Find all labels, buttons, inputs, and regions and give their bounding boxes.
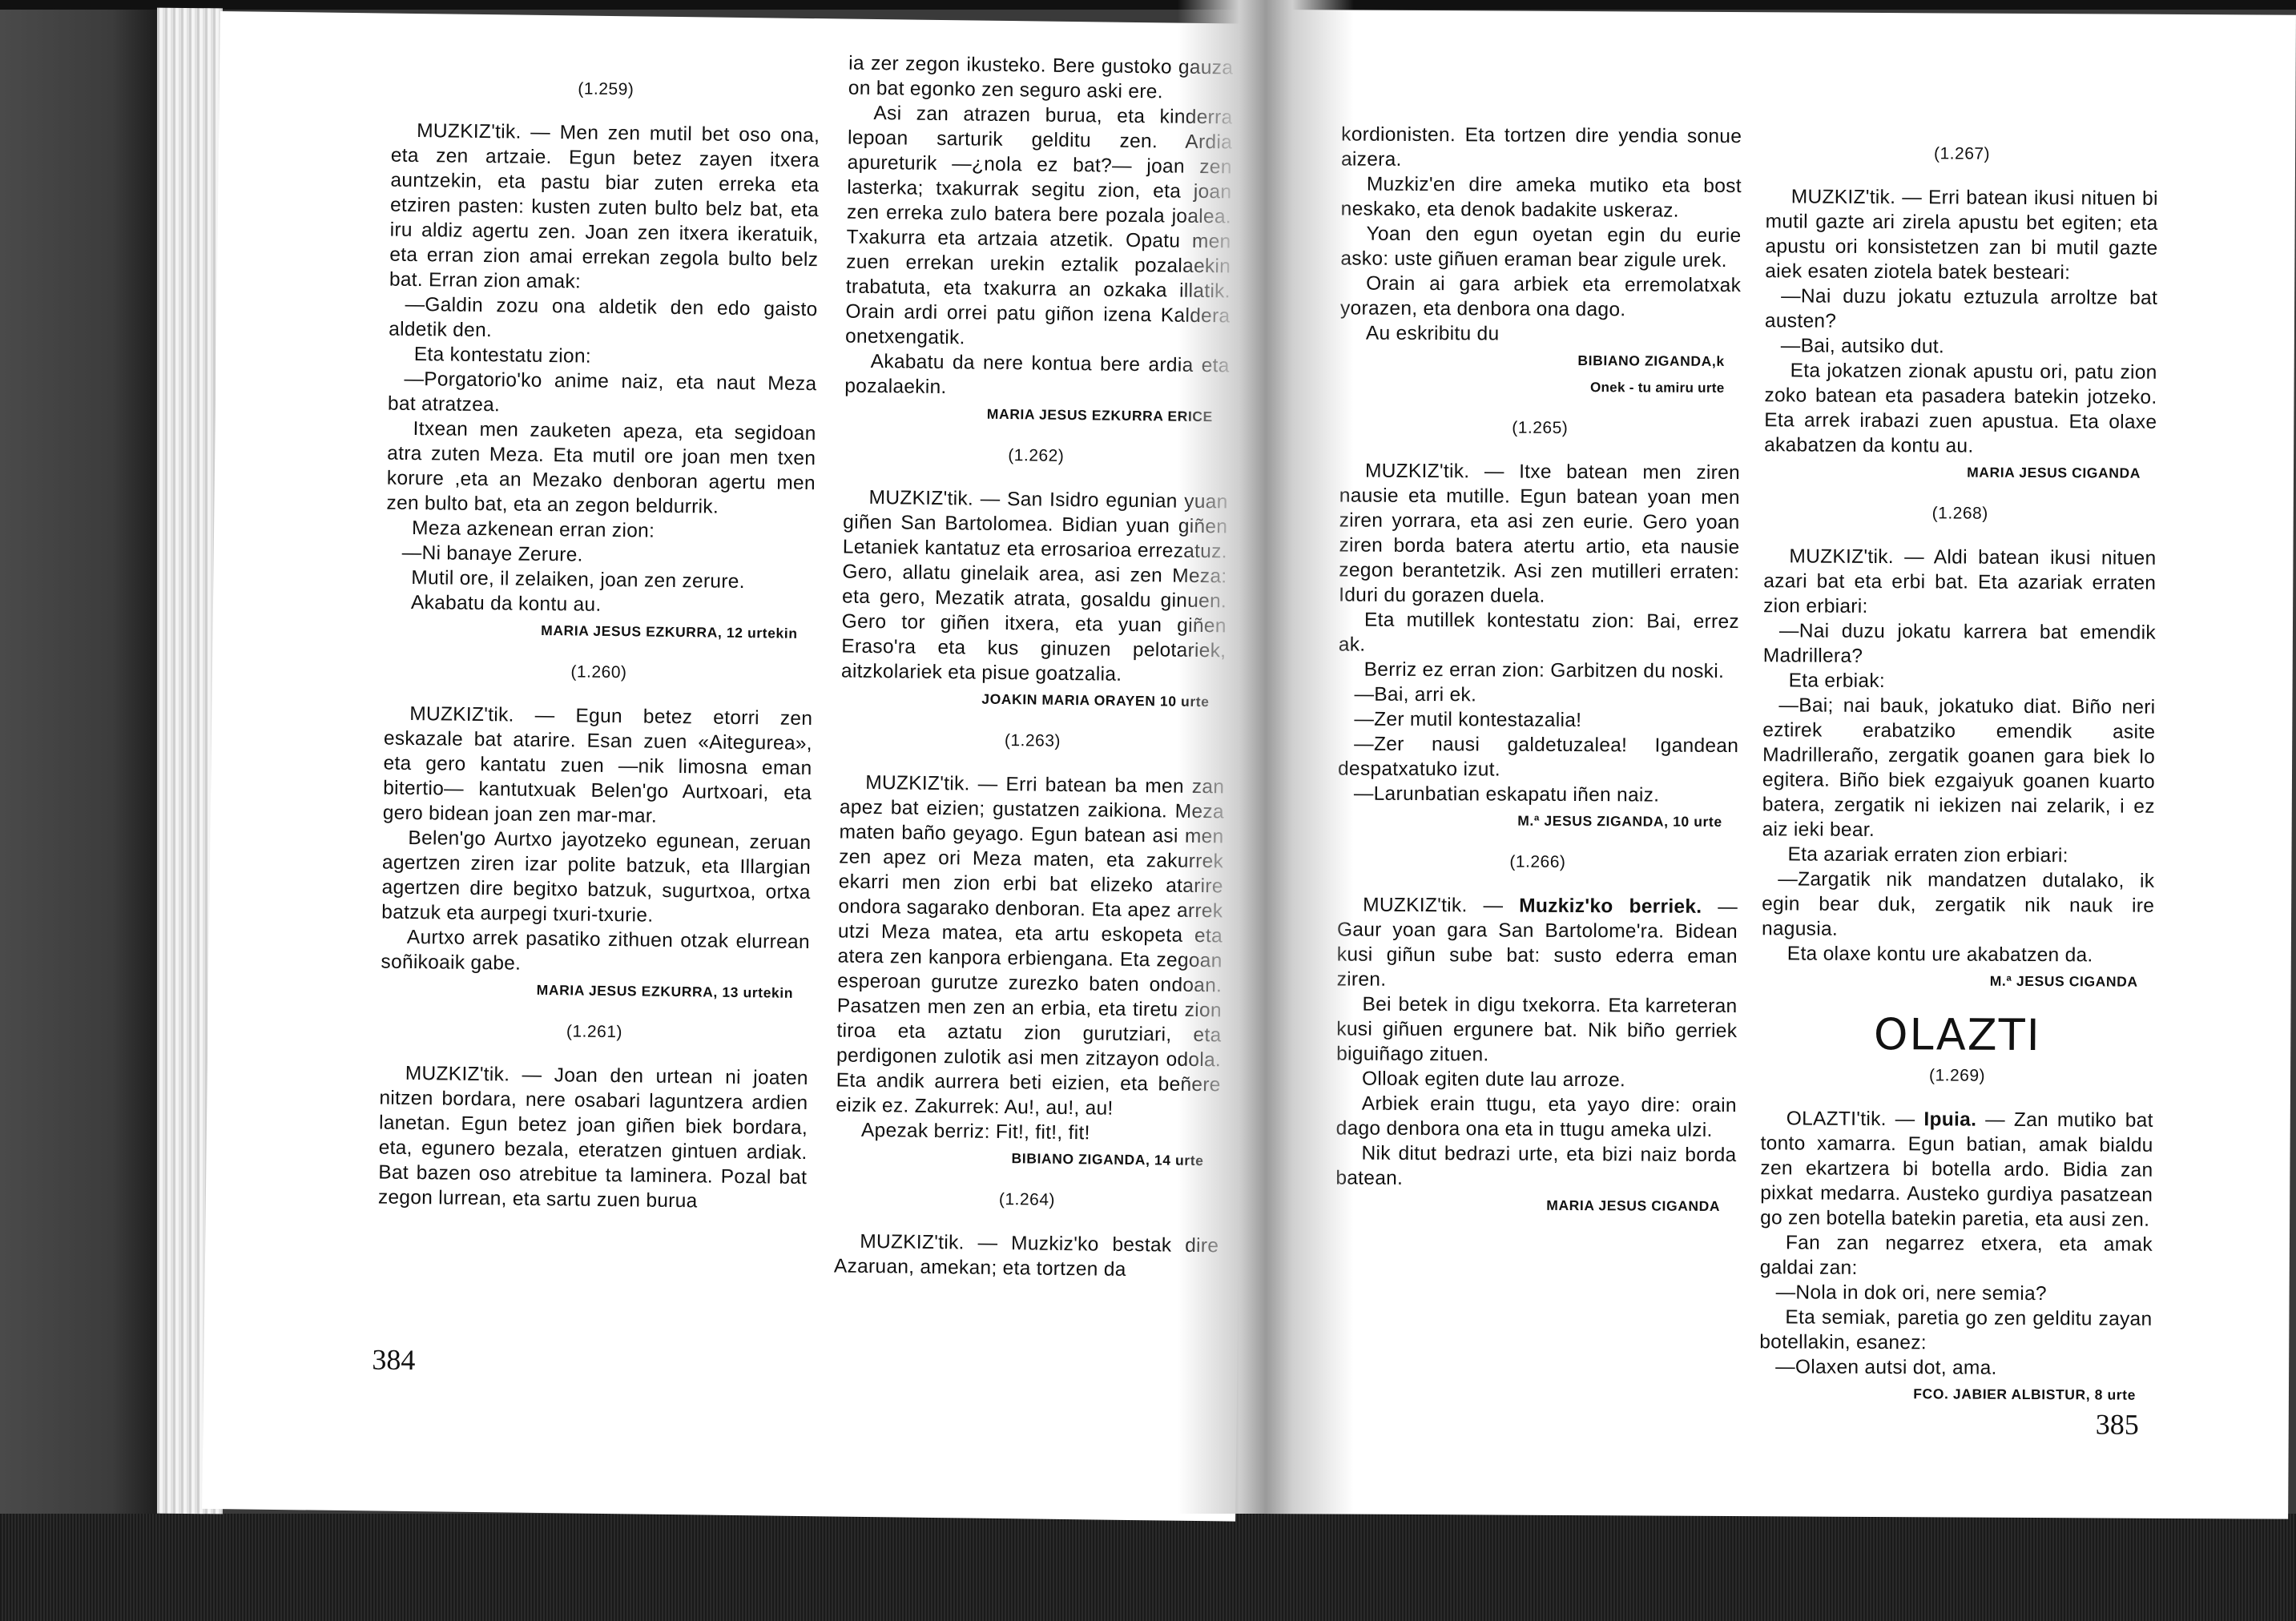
story-paragraph: —Nai duzu jokatu eztuzula arroltze bat a…: [1765, 284, 2157, 336]
story-paragraph: Bei betek in digu txekorra. Eta karreter…: [1336, 992, 1737, 1068]
entry-number: (1.262): [844, 441, 1228, 471]
story-paragraph: Asi zan atrazen burua, eta kinderra lepo…: [845, 101, 1233, 354]
entry-number: (1.267): [1766, 140, 2158, 167]
story-paragraph: Fan zan negarrez etxera, eta amak galdai…: [1760, 1230, 2153, 1282]
story-lead: MUZKIZ'tik. —: [1363, 895, 1519, 917]
story-paragraph: Eta erbiak:: [1763, 668, 2156, 695]
story-lead: OLAZTI'tik. —: [1786, 1108, 1924, 1130]
entry-number: (1.265): [1339, 414, 1740, 441]
story-entry: OLAZTI(1.269)OLAZTI'tik. — Ipuia. — Zan …: [1759, 1021, 2154, 1408]
story-paragraph: Orain ai gara arbiek eta erremolatxak yo…: [1340, 271, 1741, 323]
story-paragraph: —Bai, autsiko dut.: [1765, 333, 2157, 360]
story-author: JOAKIN MARIA ORAYEN 10 urte: [840, 686, 1209, 715]
story-paragraph: MUZKIZ'tik. — Men zen mutil bet oso ona,…: [389, 119, 820, 298]
story-paragraph: Akabatu da kontu au.: [385, 590, 814, 621]
story-author: M.ª JESUS CIGANDA: [1762, 967, 2138, 994]
story-paragraph: MUZKIZ'tik. — Aldi batean ikusi nituen a…: [1763, 544, 2156, 621]
story-title: Ipuia.: [1923, 1108, 1976, 1130]
story-paragraph: Yoan den egun oyetan egin du eurie asko:…: [1340, 221, 1741, 273]
story-paragraph: Olloak egiten dute lau arroze.: [1336, 1066, 1737, 1093]
story-paragraph: MUZKIZ'tik. — Egun betez etorri zen eska…: [383, 702, 813, 831]
story-author: MARIA JESUS EZKURRA, 13 urtekin: [381, 976, 793, 1006]
story-paragraph: Arbiek erain ttugu, eta yayo dire: orain…: [1336, 1091, 1737, 1143]
story-paragraph: —Nola in dok ori, nere semia?: [1760, 1280, 2153, 1307]
section-title: OLAZTI: [1761, 1021, 2153, 1048]
story-paragraph: —Larunbatian eskapatu iñen naiz.: [1338, 781, 1738, 808]
story-paragraph: Eta jokatzen zionak apustu ori, patu zio…: [1764, 358, 2157, 460]
entry-number: (1.264): [835, 1185, 1219, 1214]
story-paragraph: Itxean men zauketen apeza, eta segidoan …: [386, 416, 816, 521]
story-entry: (1.267)MUZKIZ'tik. — Erri batean ikusi n…: [1764, 140, 2158, 486]
right-page-column-2: (1.267)MUZKIZ'tik. — Erri batean ikusi n…: [1759, 124, 2158, 1413]
story-entry: (1.268)MUZKIZ'tik. — Aldi batean ikusi n…: [1762, 500, 2157, 995]
story-paragraph: —Bai, arri ek.: [1338, 682, 1738, 709]
story-entry: (1.262)MUZKIZ'tik. — San Isidro egunian …: [840, 441, 1228, 715]
entry-number: (1.269): [1761, 1062, 2153, 1089]
story-entry: (1.266)MUZKIZ'tik. — Muzkiz'ko berriek. …: [1335, 848, 1738, 1219]
story-paragraph: Muzkiz'en dire ameka mutiko eta bost nes…: [1341, 171, 1742, 223]
story-paragraph: —Bai; nai bauk, jokatuko diat. Biño neri…: [1762, 693, 2156, 844]
story-paragraph: MUZKIZ'tik. — Joan den urtean ni joaten …: [378, 1061, 808, 1216]
story-paragraph: OLAZTI'tik. — Ipuia. — Zan mutiko bat to…: [1760, 1106, 2153, 1233]
left-page-column-2: ia zer zegon ikusteko. Bere gustoko gauz…: [834, 51, 1234, 1284]
entry-number: (1.266): [1337, 848, 1738, 875]
story-author: FCO. JABIER ALBISTUR, 8 urte: [1759, 1381, 2136, 1407]
story-paragraph: Aurtxo arrek pasatiko zithuen otzak elur…: [381, 925, 810, 980]
story-entry: (1.259)MUZKIZ'tik. — Men zen mutil bet o…: [385, 74, 820, 646]
left-page-column-1: (1.259)MUZKIZ'tik. — Men zen mutil bet o…: [378, 58, 821, 1215]
page-number-left: 384: [372, 1342, 416, 1377]
story-paragraph: Belen'go Aurtxo jayotzeko egunean, zerua…: [381, 826, 811, 931]
story-paragraph: MUZKIZ'tik. — Muzkiz'ko berriek. — Gaur …: [1337, 892, 1738, 994]
story-paragraph: ia zer zegon ikusteko. Bere gustoko gauz…: [848, 51, 1234, 106]
story-entry: (1.261)MUZKIZ'tik. — Joan den urtean ni …: [378, 1017, 809, 1216]
story-paragraph: —Zargatik nik mandatzen dutalako, ik egi…: [1762, 867, 2154, 943]
entry-number: (1.259): [392, 74, 820, 105]
entry-number: (1.260): [385, 658, 813, 688]
story-entry: (1.260)MUZKIZ'tik. — Egun betez etorri z…: [381, 658, 813, 1007]
story-paragraph: Eta mutillek kontestatu zion: Bai, errez…: [1339, 607, 1739, 659]
story-paragraph: Berriz ez erran zion: Garbitzen du noski…: [1339, 657, 1739, 684]
story-paragraph: —Zer mutil kontestazalia!: [1338, 706, 1738, 734]
scan-background-bottom: [0, 1514, 2296, 1621]
story-author: MARIA JESUS CIGANDA: [1335, 1192, 1720, 1219]
story-author: MARIA JESUS EZKURRA ERICE: [844, 400, 1213, 430]
story-paragraph: —Porgatorio'ko anime naiz, eta naut Meza…: [388, 367, 817, 422]
story-paragraph: Eta olaxe kontu ure akabatzen da.: [1762, 941, 2154, 968]
story-author-note: Onek - tu amiru urte: [1339, 373, 1724, 400]
story-paragraph: —Nai duzu jokatu karrera bat emendik Mad…: [1763, 618, 2156, 670]
right-page-column-1: kordionisten. Eta tortzen dire yendia so…: [1335, 122, 1742, 1224]
story-paragraph: Au eskribitu du: [1340, 320, 1741, 348]
story-paragraph: —Galdin zozu ona aldetik den edo gaisto …: [389, 292, 818, 348]
entry-number: (1.263): [840, 726, 1225, 756]
story-author: BIBIANO ZIGANDA, 14 urte: [835, 1144, 1203, 1173]
story-paragraph: MUZKIZ'tik. — Erri batean ikusi nituen b…: [1765, 184, 2158, 286]
story-paragraph: Apezak berriz: Fit!, fit!, fit!: [836, 1117, 1220, 1147]
story-author: BIBIANO ZIGANDA,k: [1340, 347, 1725, 374]
story-author: MARIA JESUS CIGANDA: [1764, 459, 2141, 485]
story-paragraph: MUZKIZ'tik. — Muzkiz'ko bestak dire Azar…: [834, 1229, 1219, 1283]
story-paragraph: —Zer nausi galdetuzalea! Igandean despat…: [1338, 731, 1738, 783]
story-paragraph: Eta semiak, paretia go zen gelditu zayan…: [1759, 1305, 2152, 1357]
story-paragraph: —Olaxen autsi dot, ama.: [1759, 1354, 2152, 1382]
story-paragraph: MUZKIZ'tik. — Itxe batean men ziren naus…: [1339, 458, 1740, 609]
story-paragraph: MUZKIZ'tik. — San Isidro egunian yuan gi…: [841, 485, 1228, 689]
story-entry: (1.265)MUZKIZ'tik. — Itxe batean men zir…: [1338, 414, 1741, 835]
scan-background-left: [0, 0, 160, 1621]
story-paragraph: kordionisten. Eta tortzen dire yendia so…: [1341, 122, 1742, 174]
story-paragraph: Nik ditut bedrazi urte, eta bizi naiz bo…: [1335, 1140, 1736, 1193]
left-page: (1.259)MUZKIZ'tik. — Men zen mutil bet o…: [202, 11, 1254, 1522]
entry-number: (1.268): [1764, 500, 2157, 527]
story-entry: (1.263)MUZKIZ'tik. — Erri batean ba men …: [835, 726, 1225, 1174]
story-author: MARIA JESUS EZKURRA, 12 urtekin: [385, 617, 797, 646]
story-entry: ia zer zegon ikusteko. Bere gustoko gauz…: [844, 51, 1234, 430]
story-paragraph: MUZKIZ'tik. — Erri batean ba men zan ape…: [836, 770, 1224, 1123]
entry-number: (1.261): [380, 1017, 808, 1048]
scan-background-top: [0, 0, 2296, 10]
right-page: kordionisten. Eta tortzen dire yendia so…: [1262, 10, 2296, 1519]
page-number-right: 385: [2096, 1407, 2139, 1441]
story-entry: kordionisten. Eta tortzen dire yendia so…: [1339, 122, 1742, 400]
story-author: M.ª JESUS ZIGANDA, 10 urte: [1338, 807, 1722, 835]
story-title: Muzkiz'ko berriek.: [1519, 895, 1702, 918]
story-paragraph: Eta azariak erraten zion erbiari:: [1762, 842, 2154, 869]
story-entry: (1.264)MUZKIZ'tik. — Muzkiz'ko bestak di…: [834, 1185, 1219, 1283]
story-paragraph: Akabatu da nere kontua bere ardia eta po…: [844, 349, 1230, 404]
